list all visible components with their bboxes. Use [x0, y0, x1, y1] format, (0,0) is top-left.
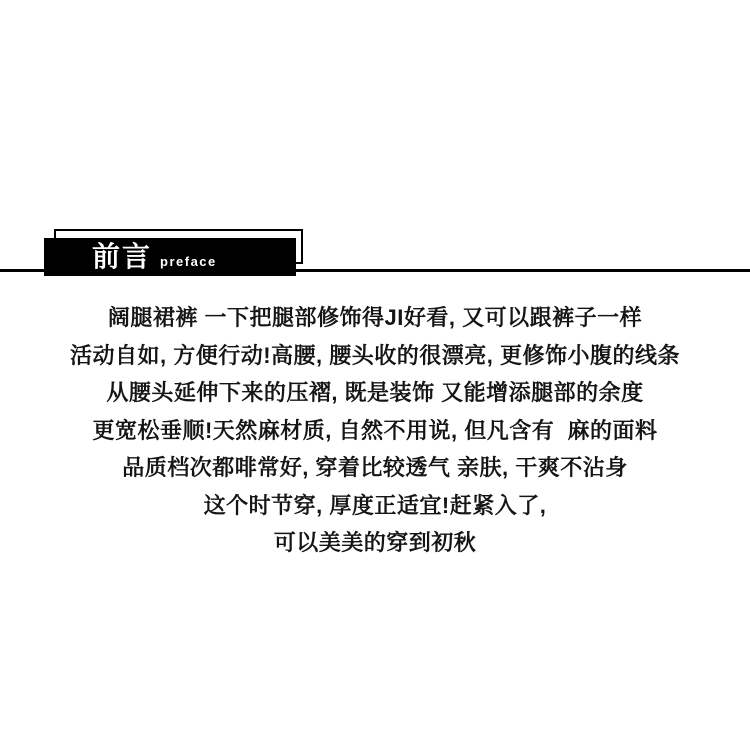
preface-line-6: 这个时节穿, 厚度正适宜!赶紧入了, [0, 487, 750, 525]
preface-line-4: 更宽松垂顺!天然麻材质, 自然不用说, 但凡含有 麻的面料 [0, 412, 750, 450]
section-title-banner: 前言preface [44, 238, 296, 276]
preface-line-1: 阔腿裙裤 一下把腿部修饰得JI好看, 又可以跟裤子一样 [0, 299, 750, 337]
preface-line-3: 从腰头延伸下来的压褶, 既是装饰 又能增添腿部的余度 [0, 374, 750, 412]
preface-section: 前言preface 阔腿裙裤 一下把腿部修饰得JI好看, 又可以跟裤子一样 活动… [0, 0, 750, 750]
preface-line-7: 可以美美的穿到初秋 [0, 524, 750, 562]
preface-line-2: 活动自如, 方便行动!高腰, 腰头收的很漂亮, 更修饰小腹的线条 [0, 337, 750, 375]
preface-paragraph: 阔腿裙裤 一下把腿部修饰得JI好看, 又可以跟裤子一样 活动自如, 方便行动!高… [0, 299, 750, 562]
preface-line-5: 品质档次都啡常好, 穿着比较透气 亲肤, 干爽不沾身 [0, 449, 750, 487]
section-title-english: preface [160, 254, 217, 269]
section-title-chinese: 前言 [92, 241, 152, 272]
